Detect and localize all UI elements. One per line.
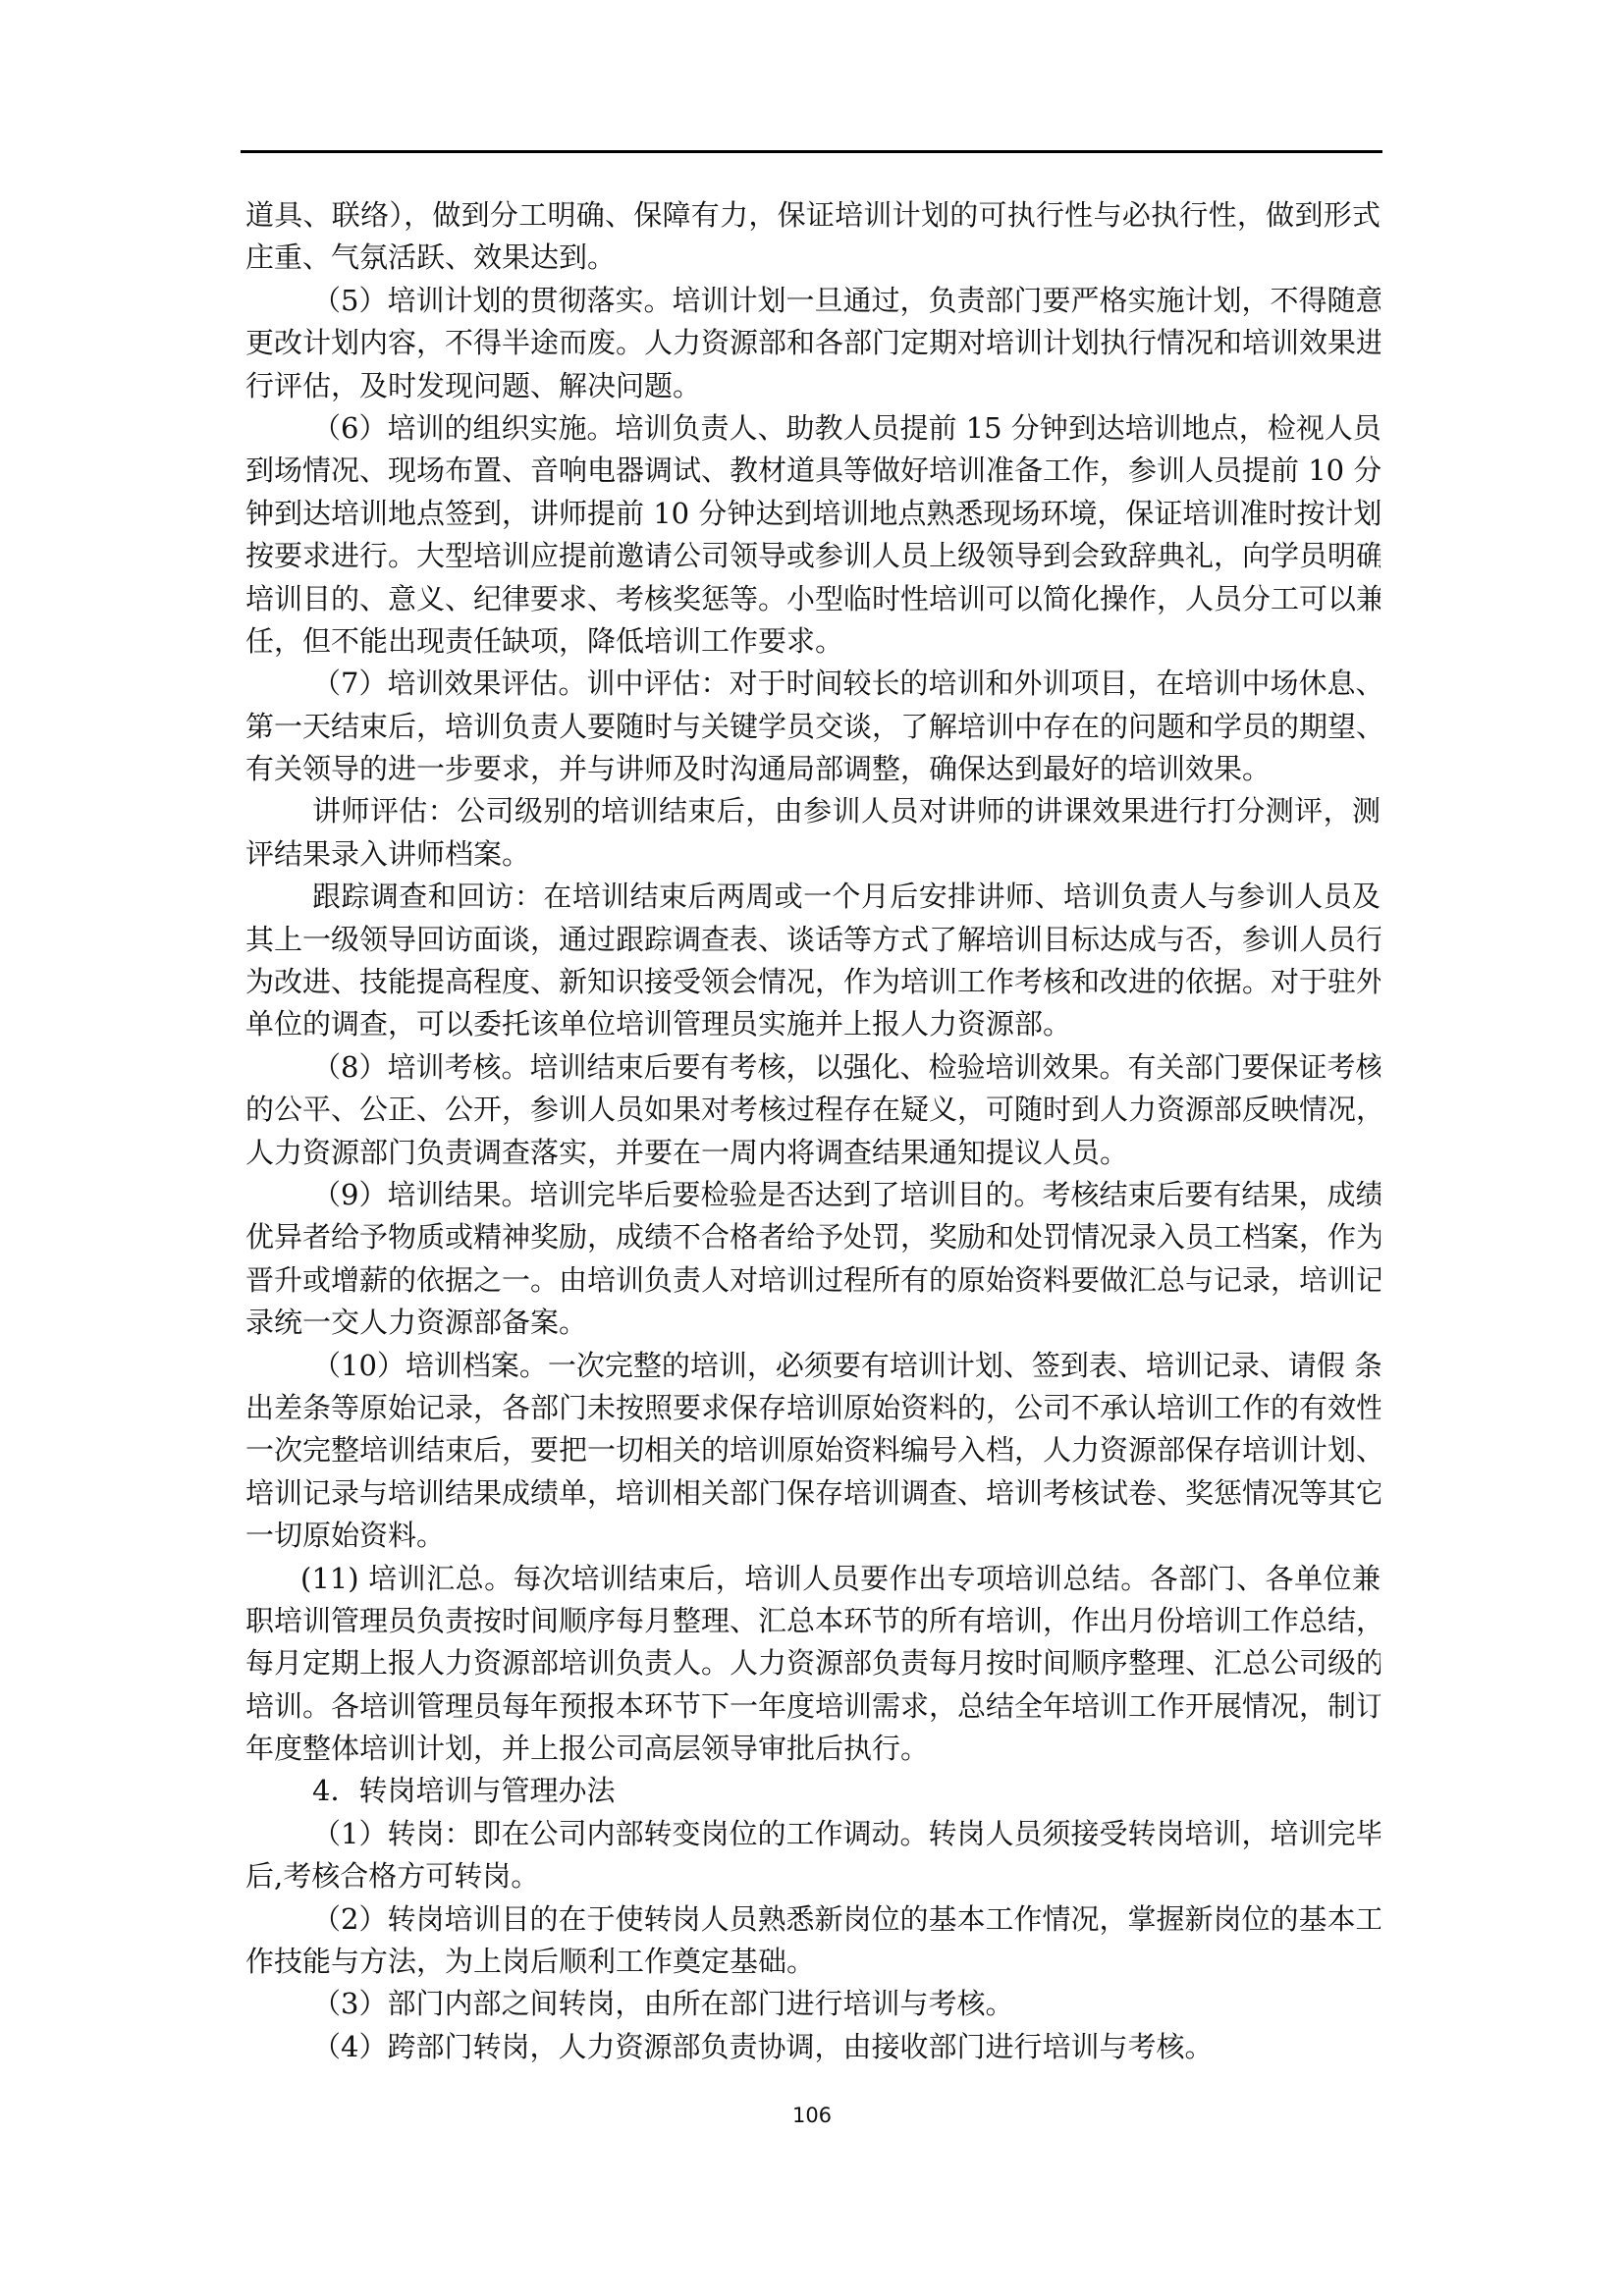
- paragraph-first-line: （10）培训档案。一次完整的培训，必须要有培训计划、签到表、培训记录、请假 条、: [245, 1345, 1380, 1387]
- paragraph-first-line: （6）培训的组织实施。培训负责人、助教人员提前 15 分钟到达培训地点，检视人员: [245, 407, 1380, 450]
- text-line: 优异者给予物质或精神奖励，成绩不合格者给予处罚，奖励和处罚情况录入员工档案，作为: [245, 1216, 1380, 1258]
- text-line: 作技能与方法，为上岗后顺利工作奠定基础。: [245, 1941, 1380, 1983]
- text-line: 职培训管理员负责按时间顺序每月整理、汇总本环节的所有培训，作出月份培训工作总结，: [245, 1600, 1380, 1642]
- text-line: 道具、联络），做到分工明确、保障有力，保证培训计划的可执行性与必执行性，做到形式: [245, 194, 1380, 237]
- paragraph-first-line: （7）培训效果评估。训中评估：对于时间较长的培训和外训项目，在培训中场休息、: [245, 663, 1380, 705]
- text-line: 到场情况、现场布置、音响电器调试、教材道具等做好培训准备工作，参训人员提前 10…: [245, 450, 1380, 492]
- text-line: 人力资源部门负责调查落实，并要在一周内将调查结果通知提议人员。: [245, 1132, 1380, 1174]
- text-line: 庄重、气氛活跃、效果达到。: [245, 237, 1380, 279]
- text-line: 按要求进行。大型培训应提前邀请公司领导或参训人员上级领导到会致辞典礼，向学员明确: [245, 535, 1380, 577]
- text-line: 培训记录与培训结果成绩单，培训相关部门保存培训调查、培训考核试卷、奖惩情况等其它: [245, 1472, 1380, 1515]
- text-line: 培训。各培训管理员每年预报本环节下一年度培训需求，总结全年培训工作开展情况，制订: [245, 1685, 1380, 1728]
- paragraph-first-line: （3）部门内部之间转岗，由所在部门进行培训与考核。: [245, 1983, 1380, 2025]
- text-line: 的公平、公正、公开，参训人员如果对考核过程存在疑义，可随时到人力资源部反映情况，: [245, 1089, 1380, 1131]
- paragraph-first-line: 跟踪调查和回访：在培训结束后两周或一个月后安排讲师、培训负责人与参训人员及: [245, 876, 1380, 918]
- text-line: 评结果录入讲师档案。: [245, 833, 1380, 876]
- text-line: 年度整体培训计划，并上报公司高层领导审批后执行。: [245, 1728, 1380, 1770]
- text-line: 有关领导的进一步要求，并与讲师及时沟通局部调整，确保达到最好的培训效果。: [245, 748, 1380, 790]
- text-line: 后,考核合格方可转岗。: [245, 1855, 1380, 1897]
- text-line: 出差条等原始记录，各部门未按照要求保存培训原始资料的，公司不承认培训工作的有效性…: [245, 1387, 1380, 1429]
- text-line: 第一天结束后，培训负责人要随时与关键学员交谈，了解培训中存在的问题和学员的期望、: [245, 706, 1380, 748]
- text-line: 钟到达培训地点签到，讲师提前 10 分钟达到培训地点熟悉现场环境，保证培训准时按…: [245, 493, 1380, 535]
- text-line: 单位的调查，可以委托该单位培训管理员实施并上报人力资源部。: [245, 1003, 1380, 1045]
- paragraph-first-line: （9）培训结果。培训完毕后要检验是否达到了培训目的。考核结束后要有结果，成绩: [245, 1174, 1380, 1216]
- text-line: 晋升或增薪的依据之一。由培训负责人对培训过程所有的原始资料要做汇总与记录，培训记: [245, 1259, 1380, 1302]
- paragraph-first-line: 4．转岗培训与管理办法: [245, 1770, 1380, 1812]
- text-line: 一切原始资料。: [245, 1515, 1380, 1557]
- page-number: 106: [0, 2104, 1624, 2127]
- paragraph-first-line: （5）培训计划的贯彻落实。培训计划一旦通过，负责部门要严格实施计划，不得随意: [245, 280, 1380, 322]
- document-body: 道具、联络），做到分工明确、保障有力，保证培训计划的可执行性与必执行性，做到形式…: [245, 194, 1380, 2068]
- text-line: 录统一交人力资源部备案。: [245, 1302, 1380, 1344]
- text-line: 每月定期上报人力资源部培训负责人。人力资源部负责每月按时间顺序整理、汇总公司级的: [245, 1642, 1380, 1684]
- header-rule: [241, 150, 1382, 153]
- text-line: 其上一级领导回访面谈，通过跟踪调查表、谈话等方式了解培训目标达成与否，参训人员行: [245, 919, 1380, 961]
- paragraph-first-line: 讲师评估：公司级别的培训结束后，由参训人员对讲师的讲课效果进行打分测评，测: [245, 790, 1380, 832]
- text-line: 更改计划内容，不得半途而废。人力资源部和各部门定期对培训计划执行情况和培训效果进: [245, 322, 1380, 364]
- text-line: 一次完整培训结束后，要把一切相关的培训原始资料编号入档，人力资源部保存培训计划、: [245, 1429, 1380, 1471]
- text-line: 行评估，及时发现问题、解决问题。: [245, 365, 1380, 407]
- text-line: 为改进、技能提高程度、新知识接受领会情况，作为培训工作考核和改进的依据。对于驻外: [245, 961, 1380, 1003]
- paragraph-first-line: （8）培训考核。培训结束后要有考核，以强化、检验培训效果。有关部门要保证考核: [245, 1046, 1380, 1089]
- text-line: 培训目的、意义、纪律要求、考核奖惩等。小型临时性培训可以简化操作，人员分工可以兼: [245, 578, 1380, 620]
- text-line: 任，但不能出现责任缺项，降低培训工作要求。: [245, 620, 1380, 663]
- paragraph-first-line: （4）跨部门转岗，人力资源部负责协调，由接收部门进行培训与考核。: [245, 2026, 1380, 2068]
- paragraph-first-line: （2）转岗培训目的在于使转岗人员熟悉新岗位的基本工作情况，掌握新岗位的基本工: [245, 1898, 1380, 1941]
- paragraph-first-line: （1）转岗：即在公司内部转变岗位的工作调动。转岗人员须接受转岗培训，培训完毕: [245, 1813, 1380, 1855]
- paragraph-first-line: (11) 培训汇总。每次培训结束后，培训人员要作出专项培训总结。各部门、各单位兼: [245, 1558, 1380, 1600]
